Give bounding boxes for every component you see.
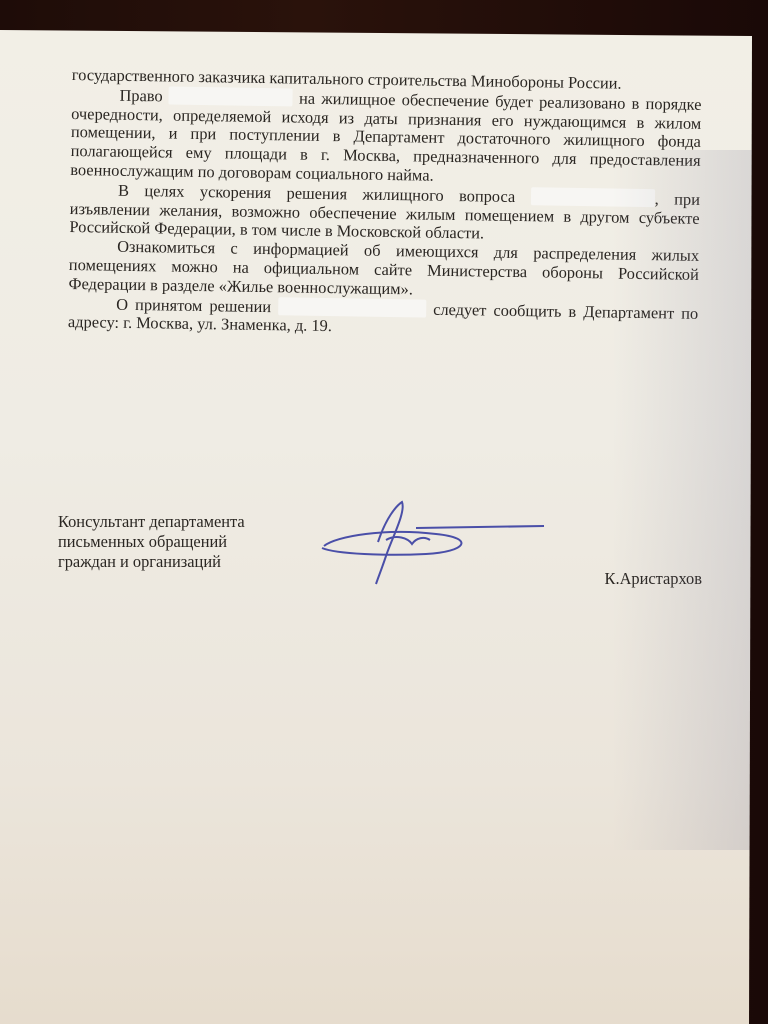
document-page: государственного заказчика капитального … bbox=[0, 30, 752, 1024]
paragraph-housing-right: Право на жилищное обеспечение будет реал… bbox=[70, 85, 701, 190]
position-line: Консультант департамента bbox=[58, 512, 245, 532]
paragraph-info: Ознакомиться с информацией об имеющихся … bbox=[68, 237, 699, 303]
paragraph-text: Ознакомиться с информацией об имеющихся … bbox=[68, 237, 699, 298]
paragraph-text: Право bbox=[119, 86, 169, 106]
redacted-name bbox=[531, 187, 655, 207]
signature-block: Консультант департамента письменных обра… bbox=[58, 512, 718, 602]
handwritten-signature-icon bbox=[316, 498, 556, 588]
redacted-name bbox=[278, 297, 426, 317]
signer-position: Консультант департамента письменных обра… bbox=[58, 512, 245, 572]
position-line: граждан и организаций bbox=[58, 552, 245, 572]
redacted-name bbox=[169, 86, 293, 106]
signer-name: К.Аристархов bbox=[605, 569, 702, 589]
position-line: письменных обращений bbox=[58, 532, 245, 552]
document-body: государственного заказчика капитального … bbox=[68, 66, 702, 342]
